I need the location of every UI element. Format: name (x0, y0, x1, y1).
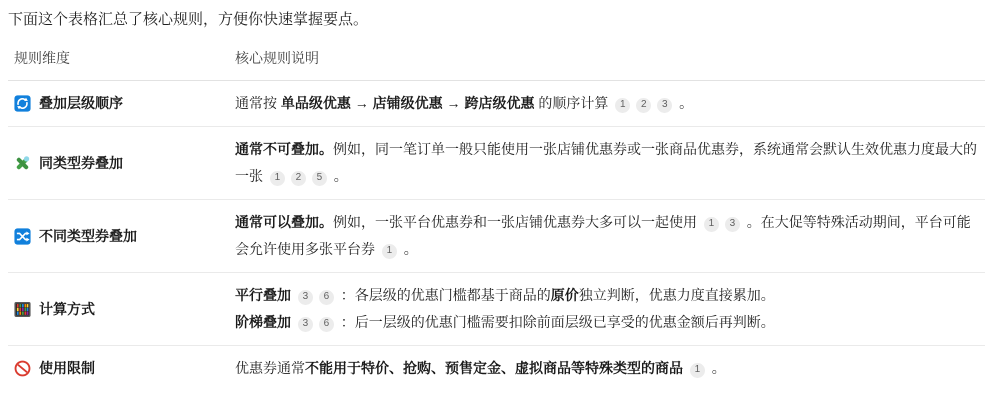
text-segment: 。 (708, 360, 726, 376)
citation-badge[interactable]: 1 (270, 171, 285, 186)
column-header-rule-description: 核心规则说明 (235, 48, 985, 68)
description-line: 优惠券通常不能用于特价、抢购、预售定金、虚拟商品等特殊类型的商品 1 。 (235, 355, 981, 382)
citation-badge[interactable]: 3 (298, 290, 313, 305)
citation-badge[interactable]: 1 (690, 363, 705, 378)
table-row: 同类型券叠加 通常不可叠加。例如，同一笔订单一般只能使用一张店铺优惠券或一张商品… (8, 127, 985, 200)
text-segment (683, 360, 687, 376)
bold-text-segment: 单品级优惠 → 店铺级优惠 → 跨店级优惠 (281, 95, 535, 111)
column-header-rule-dimension: 规则维度 (8, 48, 235, 68)
text-segment: 。 (330, 168, 348, 184)
description-line: 通常可以叠加。例如，一张平台优惠券和一张店铺优惠券大多可以一起使用 13 。在大… (235, 209, 981, 263)
rule-description-cell: 通常不可叠加。例如，同一笔订单一般只能使用一张店铺优惠券或一张商品优惠券，系统通… (235, 136, 985, 190)
abacus-icon (14, 301, 31, 318)
citation-badge[interactable]: 3 (298, 317, 313, 332)
bold-text-segment: 原价 (551, 287, 579, 303)
table-row: 使用限制 优惠券通常不能用于特价、抢购、预售定金、虚拟商品等特殊类型的商品 1 … (8, 346, 985, 391)
text-segment: 。 (675, 95, 693, 111)
rule-dimension-cell: 同类型券叠加 (8, 150, 235, 177)
rule-dimension-label: 同类型券叠加 (39, 150, 123, 177)
rule-dimension-label: 使用限制 (39, 355, 95, 382)
citation-badge[interactable]: 3 (725, 217, 740, 232)
rule-description-cell: 平行叠加 36 ：各层级的优惠门槛都基于商品的原价独立判断，优惠力度直接累加。 … (235, 282, 985, 336)
table-body: 叠加层级顺序 通常按 单品级优惠 → 店铺级优惠 → 跨店级优惠 的顺序计算 1… (8, 81, 985, 391)
citation-badge[interactable]: 1 (382, 244, 397, 259)
citation-badge[interactable]: 3 (657, 98, 672, 113)
text-segment: 独立判断，优惠力度直接累加。 (579, 287, 775, 303)
table-row: 叠加层级顺序 通常按 单品级优惠 → 店铺级优惠 → 跨店级优惠 的顺序计算 1… (8, 81, 985, 127)
text-segment: 。 (400, 241, 418, 257)
citation-badge[interactable]: 2 (291, 171, 306, 186)
text-segment: ：各层级的优惠门槛都基于商品的 (337, 287, 551, 303)
bold-text-segment: 不能用于特价、抢购、预售定金、虚拟商品等特殊类型的商品 (305, 360, 683, 376)
text-segment: 的顺序计算 (534, 95, 612, 111)
citation-badge[interactable]: 6 (319, 317, 334, 332)
rule-dimension-label: 计算方式 (39, 296, 95, 323)
chat-answer-region: 下面这个表格汇总了核心规则，方便你快速掌握要点。 规则维度 核心规则说明 叠加层… (0, 0, 993, 391)
rule-dimension-cell: 使用限制 (8, 355, 235, 382)
description-line: 通常按 单品级优惠 → 店铺级优惠 → 跨店级优惠 的顺序计算 123 。 (235, 90, 981, 117)
text-segment (291, 314, 295, 330)
rule-dimension-cell: 不同类型券叠加 (8, 223, 235, 250)
citation-badge[interactable]: 6 (319, 290, 334, 305)
cycle-arrows-icon (14, 95, 31, 112)
rule-dimension-label: 叠加层级顺序 (39, 90, 123, 117)
table-row: 不同类型券叠加 通常可以叠加。例如，一张平台优惠券和一张店铺优惠券大多可以一起使… (8, 200, 985, 273)
bold-text-segment: 平行叠加 (235, 287, 291, 303)
rule-description-cell: 优惠券通常不能用于特价、抢购、预售定金、虚拟商品等特殊类型的商品 1 。 (235, 355, 985, 382)
citation-badge[interactable]: 1 (615, 98, 630, 113)
table-header-row: 规则维度 核心规则说明 (8, 31, 985, 81)
rule-description-cell: 通常按 单品级优惠 → 店铺级优惠 → 跨店级优惠 的顺序计算 123 。 (235, 90, 985, 117)
text-segment: 优惠券通常 (235, 360, 305, 376)
citation-badge[interactable]: 2 (636, 98, 651, 113)
bold-text-segment: 通常不可叠加。 (235, 141, 333, 157)
rule-dimension-cell: 叠加层级顺序 (8, 90, 235, 117)
bold-text-segment: 通常可以叠加。 (235, 214, 333, 230)
rule-dimension-label: 不同类型券叠加 (39, 223, 137, 250)
text-segment: 通常按 (235, 95, 281, 111)
text-segment (291, 287, 295, 303)
text-segment: ：后一层级的优惠门槛需要扣除前面层级已享受的优惠金额后再判断。 (337, 314, 775, 330)
description-line: 平行叠加 36 ：各层级的优惠门槛都基于商品的原价独立判断，优惠力度直接累加。 (235, 282, 981, 309)
prohibited-icon (14, 360, 31, 377)
text-segment: 例如，一张平台优惠券和一张店铺优惠券大多可以一起使用 (333, 214, 701, 230)
rules-table: 规则维度 核心规则说明 叠加层级顺序 通常按 单品级优惠 → 店铺级优惠 → 跨… (8, 31, 985, 391)
bold-text-segment: 阶梯叠加 (235, 314, 291, 330)
citation-badge[interactable]: 1 (704, 217, 719, 232)
rule-description-cell: 通常可以叠加。例如，一张平台优惠券和一张店铺优惠券大多可以一起使用 13 。在大… (235, 209, 985, 263)
shuffle-icon (14, 228, 31, 245)
description-line: 通常不可叠加。例如，同一笔订单一般只能使用一张店铺优惠券或一张商品优惠券，系统通… (235, 136, 981, 190)
table-row: 计算方式 平行叠加 36 ：各层级的优惠门槛都基于商品的原价独立判断，优惠力度直… (8, 273, 985, 346)
citation-badge[interactable]: 5 (312, 171, 327, 186)
puzzle-icon (14, 155, 31, 172)
rule-dimension-cell: 计算方式 (8, 296, 235, 323)
intro-text: 下面这个表格汇总了核心规则，方便你快速掌握要点。 (0, 0, 993, 31)
description-line: 阶梯叠加 36 ：后一层级的优惠门槛需要扣除前面层级已享受的优惠金额后再判断。 (235, 309, 981, 336)
